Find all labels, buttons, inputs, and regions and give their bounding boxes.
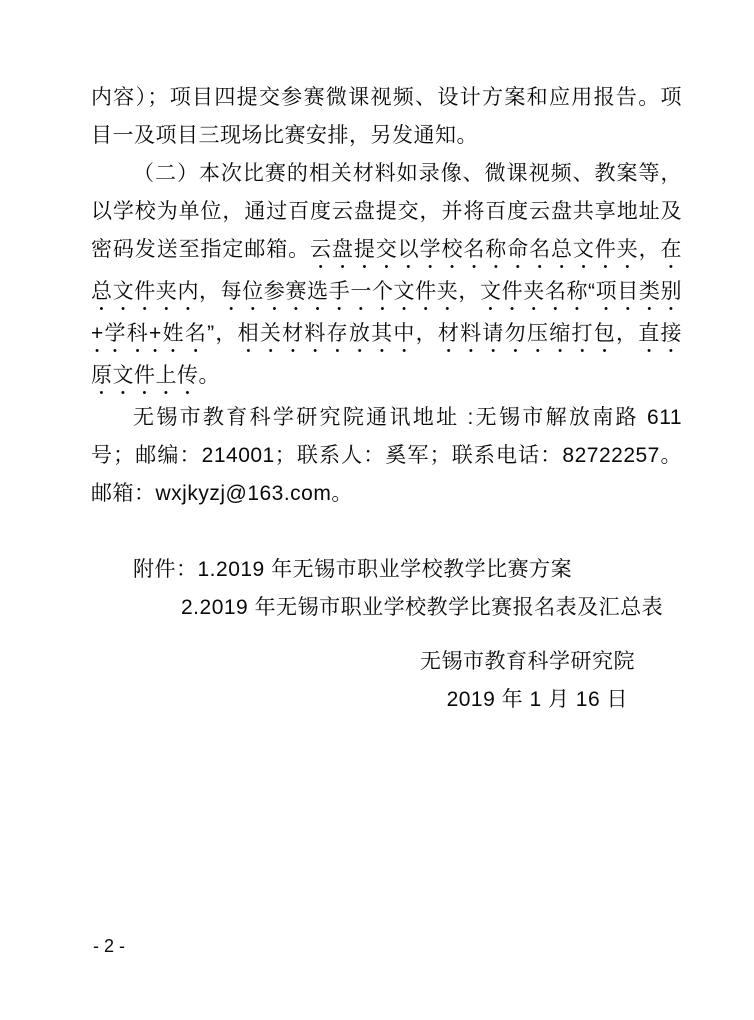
document-page: 内容）；项目四提交参赛微课视频、设计方案和应用报告。项目一及项目三现场比赛安排，… [0,0,754,1020]
document-body: 内容）；项目四提交参赛微课视频、设计方案和应用报告。项目一及项目三现场比赛安排，… [91,79,682,719]
attachment-line-2: 2.2019 年无锡市职业学校教学比赛报名表及汇总表 [91,589,682,627]
attachments-block: 附件：1.2019 年无锡市职业学校教学比赛方案 2.2019 年无锡市职业学校… [91,551,682,627]
signature-date: 2019 年 1 月 16 日 [91,681,682,719]
paragraph-contact: 无锡市教育科学研究院通讯地址 :无锡市解放南路 611 号；邮编：214001；… [91,399,682,513]
paragraph-materials: （二）本次比赛的相关材料如录像、微课视频、教案等，以学校为单位，通过百度云盘提交… [91,155,682,399]
signature-organization: 无锡市教育科学研究院 [91,643,682,681]
signature-block: 无锡市教育科学研究院 2019 年 1 月 16 日 [91,643,682,719]
page-number: - 2 - [93,934,125,958]
attachment-line-1: 附件：1.2019 年无锡市职业学校教学比赛方案 [91,551,682,589]
paragraph-continuation: 内容）；项目四提交参赛微课视频、设计方案和应用报告。项目一及项目三现场比赛安排，… [91,79,682,155]
